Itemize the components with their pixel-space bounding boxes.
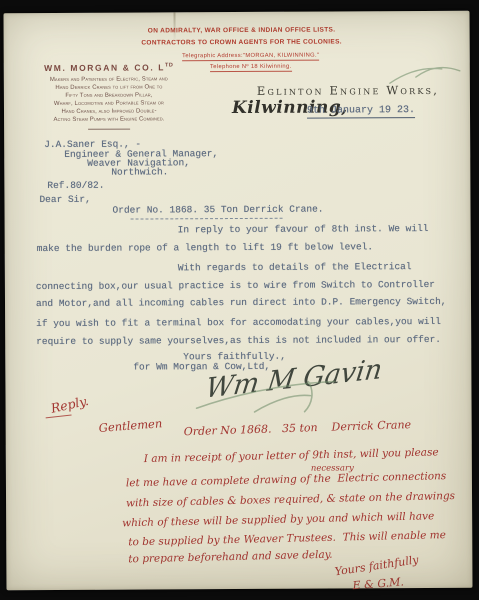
letter-page: ON ADMIRALTY, WAR OFFICE & INDIAN OFFICE… xyxy=(3,11,472,590)
company-block-rule xyxy=(88,129,130,130)
reply-underline-flourish xyxy=(46,415,72,419)
body-line: and Motor,and all incoming cables run di… xyxy=(36,296,447,309)
handwritten-line: I am in receipt of your letter of 9th in… xyxy=(144,446,439,465)
handwritten-line: to prepare beforehand and save delay. xyxy=(128,549,332,566)
body-line: With regards to details of the Electrica… xyxy=(178,261,412,273)
handwritten-line: to be supplied by the Weaver Trustees. T… xyxy=(128,529,446,548)
handwritten-initials: E & G.M. xyxy=(352,575,404,592)
handwritten-subject: Order No 1868. 35 ton Derrick Crane xyxy=(184,418,412,438)
telephone-number: Telephone Nº 18 Kilwinning. xyxy=(210,64,292,72)
subject-underline xyxy=(131,218,283,220)
company-desc-line: Acting Steam Pumps with Engine Combined. xyxy=(54,115,165,124)
company-name-ltd-suffix: TD xyxy=(165,63,173,69)
salutation: Dear Sir, xyxy=(39,194,90,205)
company-name-main: WM. MORGAN & CO. L xyxy=(44,62,165,73)
company-name: WM. MORGAN & CO. LTD xyxy=(44,62,173,73)
letterhead-line-1: ON ADMIRALTY, WAR OFFICE & INDIAN OFFICE… xyxy=(148,26,336,34)
handwritten-closing: Yours faithfully xyxy=(334,553,419,578)
body-line: if you wish to fit a terminal box for ac… xyxy=(36,316,441,329)
body-line: make the burden rope of a length to lift… xyxy=(37,241,373,254)
handwritten-line: let me have a complete drawing of the El… xyxy=(126,470,447,489)
handwritten-line: which of these will be supplied by you a… xyxy=(122,510,434,529)
reference-number: Ref.80/82. xyxy=(47,180,104,191)
letterhead-line-2: CONTRACTORS TO CROWN AGENTS FOR THE COLO… xyxy=(141,38,342,46)
telegraphic-address: Telegraphic Address:"MORGAN, KILWINNING.… xyxy=(182,53,319,62)
scanned-letter-photo: ON ADMIRALTY, WAR OFFICE & INDIAN OFFICE… xyxy=(0,0,479,600)
handwritten-greeting: Gentlemen xyxy=(98,416,162,435)
body-line: connecting box,our usual practice is to … xyxy=(36,279,435,292)
pencil-check-mark-icon xyxy=(190,377,340,420)
typed-subject-line: Order No. 1868. 35 Ton Derrick Crane. xyxy=(112,204,323,216)
pencil-mark-icon xyxy=(386,57,466,93)
letter-date: 9th January 19 23. xyxy=(307,105,415,119)
reply-annotation: Reply. xyxy=(49,393,90,416)
handwritten-line: with size of cables & boxes required, & … xyxy=(126,490,455,509)
body-line: require to supply same yourselves,as thi… xyxy=(36,334,441,347)
addressee-line: Northwich. xyxy=(111,166,168,177)
body-line: In reply to your favour of 8th inst. We … xyxy=(178,223,429,235)
